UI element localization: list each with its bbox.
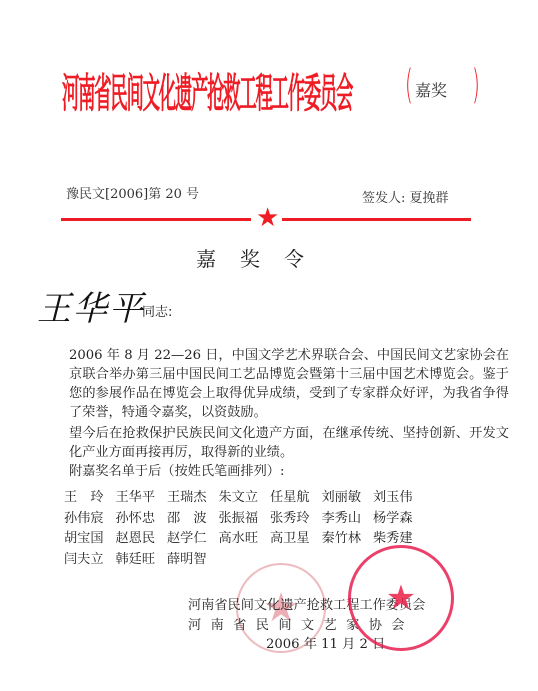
recipient-signature: 王华平 [37,281,145,330]
awardee-name: 闫夫立 [64,550,116,571]
awardee-row: 孙伟宸 孙怀忠 邵 波 张振福 张秀玲 李秀山 杨学森 [64,509,484,530]
awardee-name: 李秀山 [322,509,374,530]
awardee-name: 赵恩民 [116,529,168,550]
awardee-name: 赵学仁 [167,529,219,550]
document-title: 嘉奖令 [196,243,328,272]
salutation: 同志: [142,301,172,320]
awardee-name: 朱文立 [219,488,271,509]
paragraph-3: 附嘉奖名单于后（按姓氏笔画排列）: [42,462,509,481]
awardee-name: 薛明智 [167,550,219,571]
awardee-name: 秦竹林 [322,529,374,550]
awardee-row: 王 玲 王华平 王瑞杰 朱文立 任星航 刘丽敏 刘玉伟 [64,488,484,509]
awardee-name: 刘丽敏 [322,488,374,509]
awardee-name: 杨学森 [373,509,425,530]
awardee-name: 胡宝国 [64,529,116,550]
document-number: 豫民文[2006]第 20 号 [66,183,199,202]
awardee-name: 张秀玲 [270,509,322,530]
awardee-name: 王瑞杰 [167,488,219,509]
awardee-name: 王 玲 [64,488,116,509]
paragraph-1: 2006 年 8 月 22—26 日，中国文学艺术界联合会、中国民间文艺家协会在… [42,346,509,422]
org-title: 河南省民间文化遗产抢救工程工作委员会 [62,62,352,120]
signer: 签发人: 夏挽群 [362,187,449,206]
awardee-name: 孙伟宸 [64,509,116,530]
paragraph-2: 望今后在抢救保护民族民间文化遗产方面，在继承传统、坚持创新、开发文化产业方面再接… [42,424,509,462]
divider-left [61,218,251,221]
awardee-name: 邵 波 [167,509,219,530]
awardee-name: 张振福 [219,509,271,530]
awardee-name: 高水旺 [219,529,271,550]
awardee-name: 孙怀忠 [116,509,168,530]
seal-star-icon: ★ [386,578,416,618]
awardee-name: 刘玉伟 [373,488,425,509]
awardee-name: 任星航 [270,488,322,509]
awardee-name: 王华平 [116,488,168,509]
association-seal: ★ [348,545,454,651]
awardee-row: 胡宝国 赵恩民 赵学仁 高水旺 高卫星 秦竹林 柴秀建 [64,529,484,550]
star-icon: ★ [256,205,279,231]
paren-left: ( [405,62,413,108]
header-suffix: 嘉奖 [415,78,447,101]
divider-right [282,218,471,221]
paren-right: ) [472,62,480,108]
awardee-name: 高卫星 [270,529,322,550]
awardee-name: 韩廷旺 [116,550,168,571]
